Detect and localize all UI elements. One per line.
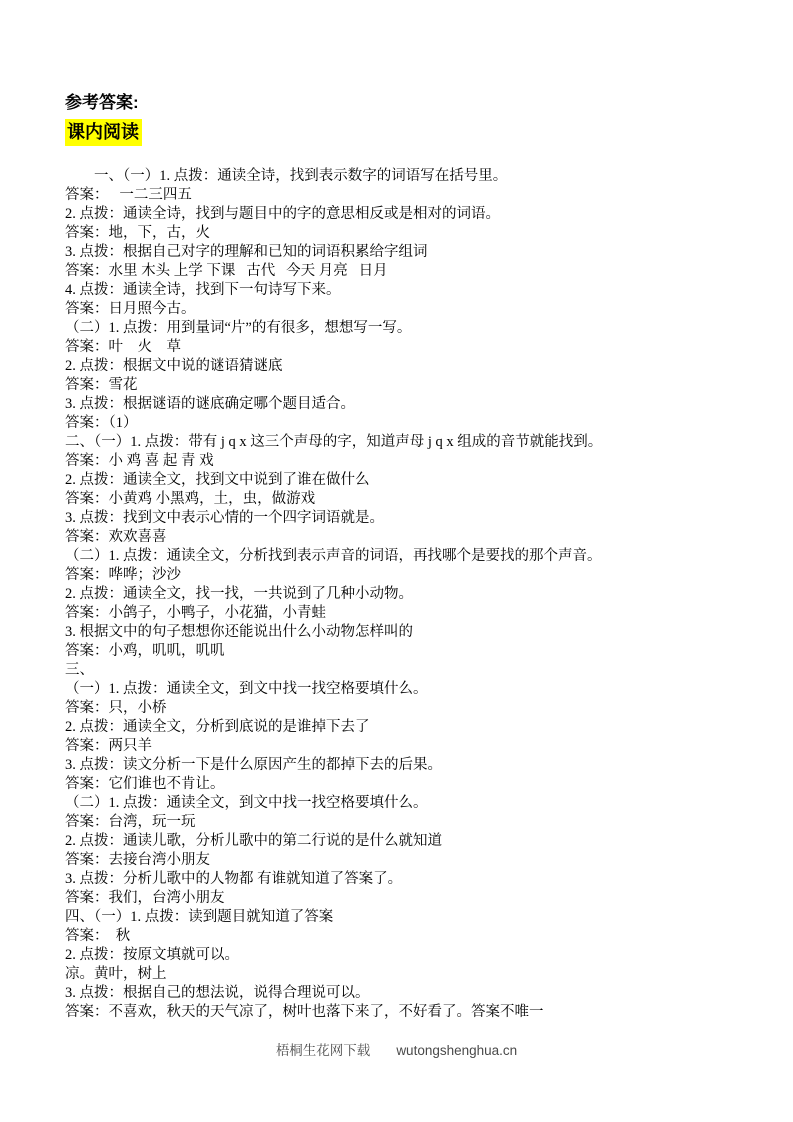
text-line: 4. 点拨：通读全诗，找到下一句诗写下来。 — [65, 281, 753, 300]
page-title: 参考答案: — [65, 93, 753, 112]
text-line: 2. 点拨：按原文填就可以。 — [65, 946, 753, 965]
text-line: 答案：地，下，古，火 — [65, 224, 753, 243]
text-line: 答案：（1） — [65, 414, 753, 433]
answer-lines: 一、（一）1. 点拨：通读全诗，找到表示数字的词语写在括号里。答案： 一二三四五… — [65, 167, 753, 1022]
text-line: 答案：水里 木头 上学 下课 古代 今天 月亮 日月 — [65, 262, 753, 281]
text-line: 答案：只，小桥 — [65, 699, 753, 718]
text-line: 答案： 秋 — [65, 927, 753, 946]
text-line: 一、（一）1. 点拨：通读全诗，找到表示数字的词语写在括号里。 — [65, 167, 753, 186]
text-line: 3. 点拨：根据自己的想法说，说得合理说可以。 — [65, 984, 753, 1003]
text-line: 答案：台湾，玩一玩 — [65, 813, 753, 832]
text-line: 答案：小 鸡 喜 起 青 戏 — [65, 452, 753, 471]
text-line: 2. 点拨：通读儿歌，分析儿歌中的第二行说的是什么就知道 — [65, 832, 753, 851]
text-line: 答案：日月照今古。 — [65, 300, 753, 319]
text-line: （二）1. 点拨：通读全文，分析找到表示声音的词语，再找哪个是要找的那个声音。 — [65, 547, 753, 566]
page-footer: 梧桐生花网下载wutongshenghua.cn — [0, 1042, 793, 1060]
text-line: 3. 点拨：找到文中表示心情的一个四字词语就是。 — [65, 509, 753, 528]
text-line: 3. 根据文中的句子想想你还能说出什么小动物怎样叫的 — [65, 623, 753, 642]
text-line: 答案：它们谁也不肯让。 — [65, 775, 753, 794]
text-line: 2. 点拨：根据文中说的谜语猜谜底 — [65, 357, 753, 376]
section-heading-highlight: 课内阅读 — [65, 119, 142, 146]
text-line: （一）1. 点拨：通读全文，到文中找一找空格要填什么。 — [65, 680, 753, 699]
footer-site-name: 梧桐生花网下载 — [276, 1043, 371, 1058]
text-line: 四、（一）1. 点拨：读到题目就知道了答案 — [65, 908, 753, 927]
text-line: 答案：小鸽子，小鸭子，小花猫，小青蛙 — [65, 604, 753, 623]
text-line: 3. 点拨：分析儿歌中的人物都 有谁就知道了答案了。 — [65, 870, 753, 889]
text-line: 3. 点拨：根据谜语的谜底确定哪个题目适合。 — [65, 395, 753, 414]
text-line: 答案：叶 火 草 — [65, 338, 753, 357]
text-line: 答案：两只羊 — [65, 737, 753, 756]
text-line: 3. 点拨：根据自己对字的理解和已知的词语积累给字组词 — [65, 243, 753, 262]
text-line: 2. 点拨：通读全文，找一找，一共说到了几种小动物。 — [65, 585, 753, 604]
text-line: 三、 — [65, 661, 753, 680]
text-line: 3. 点拨：读文分析一下是什么原因产生的都掉下去的后果。 — [65, 756, 753, 775]
text-line: 答案：小鸡，叽叽，叽叽 — [65, 642, 753, 661]
text-line: 2. 点拨：通读全文，分析到底说的是谁掉下去了 — [65, 718, 753, 737]
text-line: （二）1. 点拨：用到量词“片”的有很多，想想写一写。 — [65, 319, 753, 338]
text-line: 答案：小黄鸡 小黑鸡，土，虫，做游戏 — [65, 490, 753, 509]
text-line: 答案：去接台湾小朋友 — [65, 851, 753, 870]
text-line: 答案：雪花 — [65, 376, 753, 395]
section-heading-row: 课内阅读 — [65, 119, 753, 146]
text-line: 答案： 一二三四五 — [65, 186, 753, 205]
text-line: 答案：不喜欢，秋天的天气凉了，树叶也落下来了，不好看了。答案不唯一 — [65, 1003, 753, 1022]
text-line: 凉。黄叶，树上 — [65, 965, 753, 984]
text-line: 2. 点拨：通读全文，找到文中说到了谁在做什么 — [65, 471, 753, 490]
text-line: 答案：我们，台湾小朋友 — [65, 889, 753, 908]
text-line: 二、（一）1. 点拨：带有 j q x 这三个声母的字，知道声母 j q x 组… — [65, 433, 753, 452]
text-line: 答案：欢欢喜喜 — [65, 528, 753, 547]
text-line: （二）1. 点拨：通读全文，到文中找一找空格要填什么。 — [65, 794, 753, 813]
text-line: 答案：哗哗；沙沙 — [65, 566, 753, 585]
text-line: 2. 点拨：通读全诗，找到与题目中的字的意思相反或是相对的词语。 — [65, 205, 753, 224]
document-content: 参考答案: 课内阅读 一、（一）1. 点拨：通读全诗，找到表示数字的词语写在括号… — [65, 93, 753, 1022]
footer-domain: wutongshenghua.cn — [396, 1043, 517, 1058]
document-page: 参考答案: 课内阅读 一、（一）1. 点拨：通读全诗，找到表示数字的词语写在括号… — [0, 0, 793, 1122]
